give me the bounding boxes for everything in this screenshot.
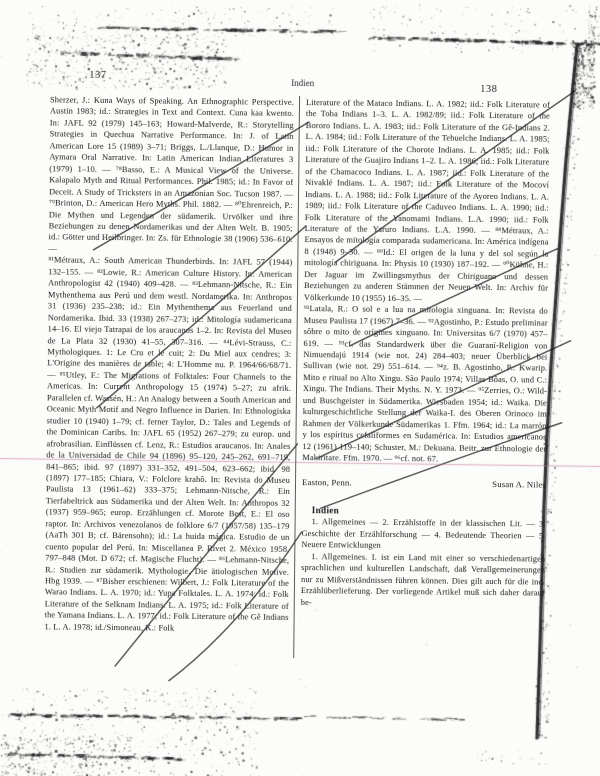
column-divider-rule: [293, 96, 300, 658]
author-signature-row: Easton, Penn. Susan A. Niles: [302, 477, 546, 491]
page-content: 137 Indien 138 Sherzer, J.: Kuna Ways of…: [0, 0, 600, 776]
bibliography-paragraph: ⁸¹Métraux, A.: South American Thunderbir…: [44, 255, 292, 635]
article-first-paragraph: 1. Allgemeines. I. ist ein Land mit eine…: [301, 551, 546, 611]
signature-name: Susan A. Niles: [492, 479, 546, 491]
right-column: Literature of the Mataco Indians. L. A. …: [300, 97, 550, 662]
page-number-left: 137: [89, 70, 106, 81]
article-outline: 1. Allgemeines — 2. Erzählstoffe in der …: [301, 516, 545, 553]
running-title: Indien: [291, 78, 314, 88]
bibliography-paragraph: ⁹¹Latala, R.: O sol e a lua na mitologia…: [302, 303, 548, 466]
page-number-right: 138: [480, 84, 497, 95]
scanned-book-page: 137 Indien 138 Sherzer, J.: Kuna Ways of…: [0, 0, 600, 776]
bibliography-paragraph: Literature of the Mataco Indians. L. A. …: [304, 97, 550, 306]
left-column: Sherzer, J.: Kuna Ways of Speaking. An E…: [44, 94, 294, 659]
bibliography-paragraph: Sherzer, J.: Kuna Ways of Speaking. An E…: [48, 94, 294, 257]
signature-place: Easton, Penn.: [302, 477, 352, 489]
